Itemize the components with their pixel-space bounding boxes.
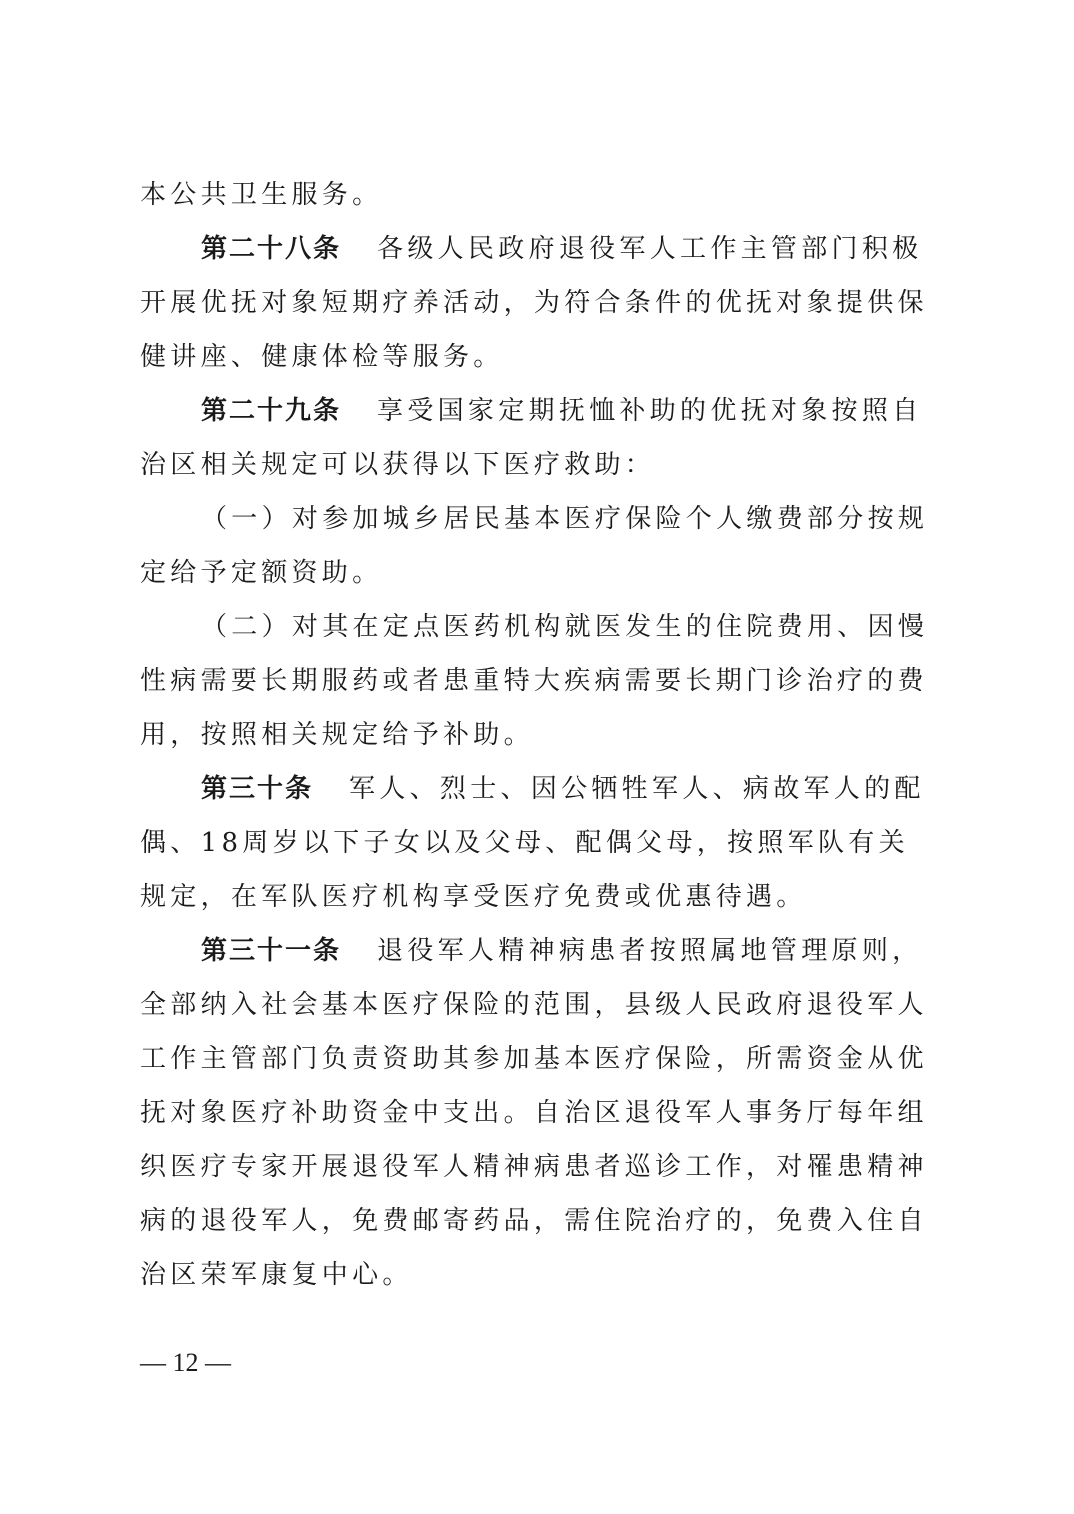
- list-item-2: （二）对其在定点医药机构就医发生的住院费用、因慢: [201, 600, 928, 654]
- text-line: 织医疗专家开展退役军人精神病患者巡诊工作，对罹患精神: [140, 1140, 928, 1194]
- article-text: 各级人民政府退役军人工作主管部门积极: [377, 234, 922, 264]
- article-heading: 第二十九条: [201, 396, 341, 426]
- text-line: 治区荣军康复中心。: [140, 1248, 413, 1302]
- text-line: 全部纳入社会基本医疗保险的范围，县级人民政府退役军人: [140, 978, 928, 1032]
- article-31-first-line: 第三十一条退役军人精神病患者按照属地管理原则，: [201, 924, 922, 978]
- article-text: 享受国家定期抚恤补助的优抚对象按照自: [377, 396, 922, 426]
- article-heading: 第二十八条: [201, 234, 341, 264]
- text-line: 健讲座、健康体检等服务。: [140, 330, 504, 384]
- text-line: 定给予定额资助。: [140, 546, 382, 600]
- list-item-1: （一）对参加城乡居民基本医疗保险个人缴费部分按规: [201, 492, 928, 546]
- article-text: 退役军人精神病患者按照属地管理原则，: [377, 936, 922, 966]
- text-line: 性病需要长期服药或者患重特大疾病需要长期门诊治疗的费: [140, 654, 928, 708]
- page-number: — 12 —: [140, 1343, 231, 1383]
- text-line: 本公共卫生服务。: [140, 168, 382, 222]
- article-heading: 第三十条: [201, 774, 313, 804]
- article-28-first-line: 第二十八条各级人民政府退役军人工作主管部门积极: [201, 222, 922, 276]
- article-text: 军人、烈士、因公牺牲军人、病故军人的配: [349, 774, 925, 804]
- text-line: 病的退役军人，免费邮寄药品，需住院治疗的，免费入住自: [140, 1194, 928, 1248]
- article-heading: 第三十一条: [201, 936, 341, 966]
- article-29-first-line: 第二十九条享受国家定期抚恤补助的优抚对象按照自: [201, 384, 922, 438]
- text-line: 开展优抚对象短期疗养活动，为符合条件的优抚对象提供保: [140, 276, 928, 330]
- article-30-first-line: 第三十条军人、烈士、因公牺牲军人、病故军人的配: [201, 762, 925, 816]
- text-line: 抚对象医疗补助资金中支出。自治区退役军人事务厅每年组: [140, 1086, 928, 1140]
- text-line: 规定，在军队医疗机构享受医疗免费或优惠待遇。: [140, 870, 807, 924]
- text-line: 偶、18周岁以下子女以及父母、配偶父母，按照军队有关: [140, 816, 909, 870]
- text-line: 治区相关规定可以获得以下医疗救助：: [140, 438, 655, 492]
- text-line: 用，按照相关规定给予补助。: [140, 708, 534, 762]
- text-line: 工作主管部门负责资助其参加基本医疗保险，所需资金从优: [140, 1032, 928, 1086]
